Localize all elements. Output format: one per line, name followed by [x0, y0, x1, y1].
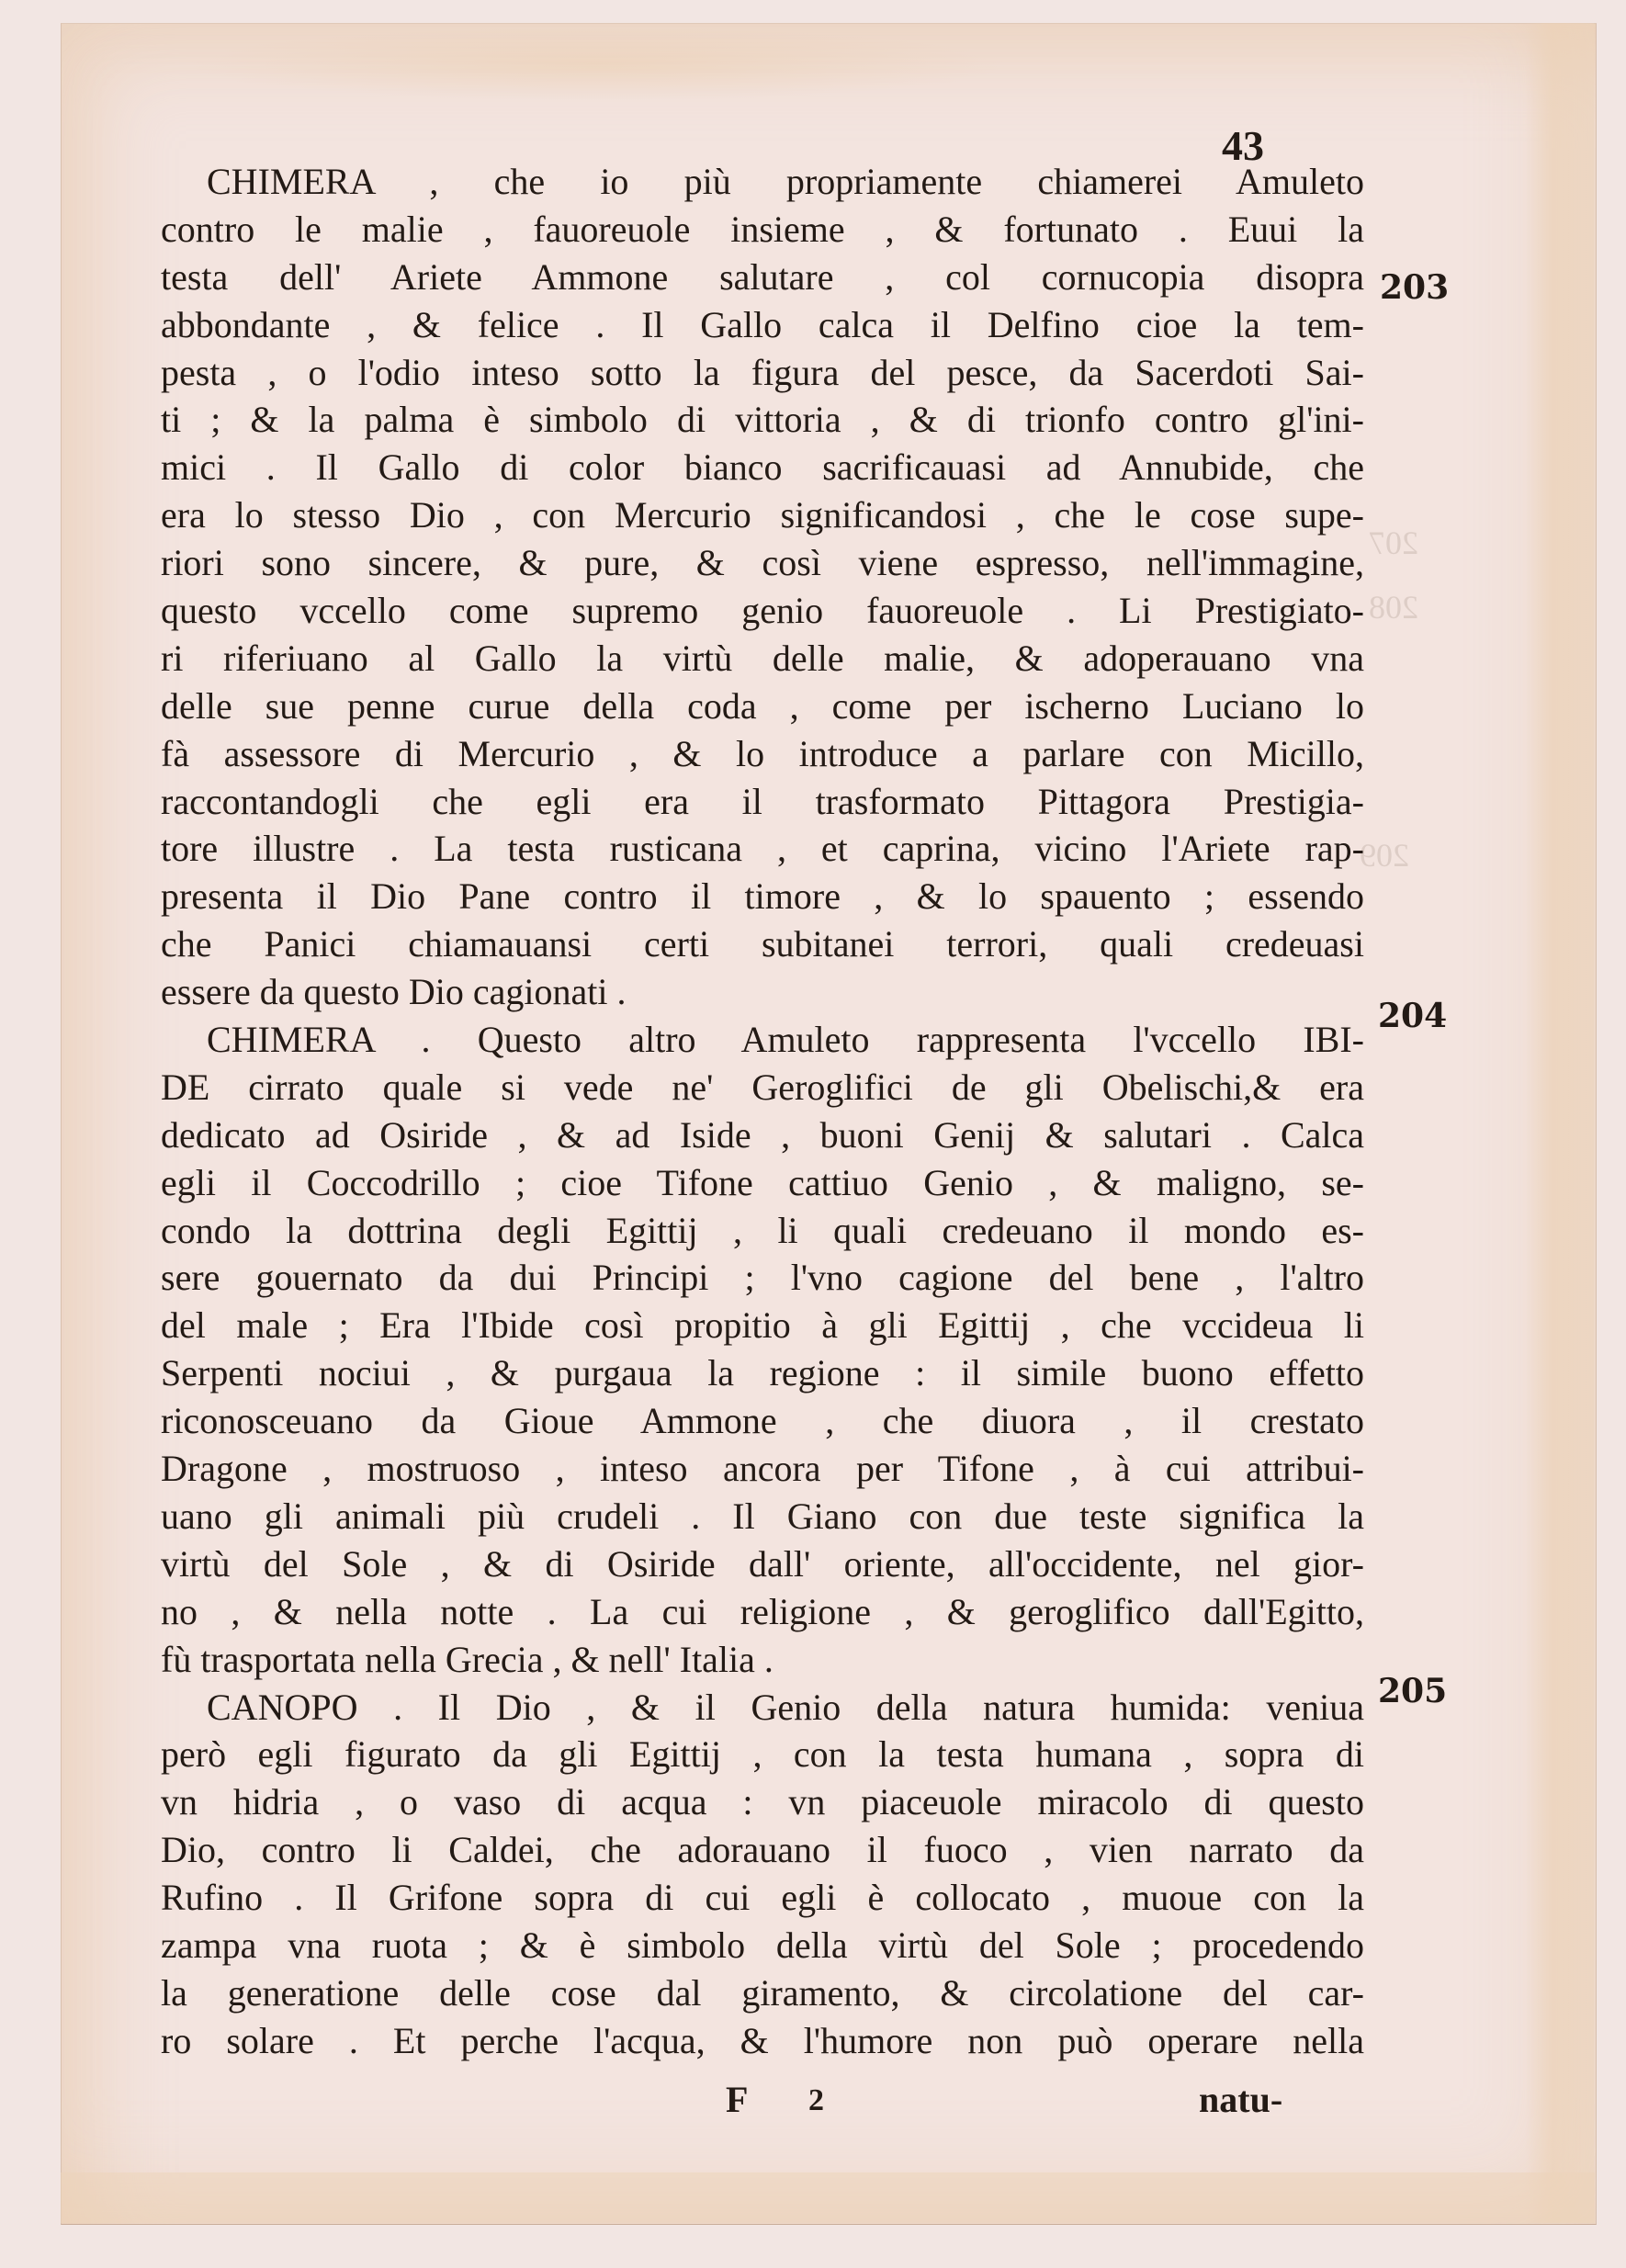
- text-line: delle sue penne curue della coda , come …: [161, 683, 1364, 730]
- text-line: fà assessore di Mercurio , & lo introduc…: [161, 730, 1364, 778]
- catchword: natu-: [1199, 2078, 1282, 2121]
- text-line: Dragone , mostruoso , inteso ancora per …: [161, 1445, 1364, 1493]
- text-line: CHIMERA , che io più propriamente chiame…: [161, 158, 1364, 206]
- text-line: che Panici chiamauansi certi subitanei t…: [161, 920, 1364, 968]
- text-line: egli il Coccodrillo ; cioe Tifone cattiu…: [161, 1159, 1364, 1207]
- text-line: dedicato ad Osiride , & ad Iside , buoni…: [161, 1111, 1364, 1159]
- text-line: virtù del Sole , & di Osiride dall' orie…: [161, 1540, 1364, 1588]
- text-line: CANOPO . Il Dio , & il Genio della natur…: [161, 1684, 1364, 1732]
- text-line: CHIMERA . Questo altro Amuleto rappresen…: [161, 1016, 1364, 1064]
- text-line: testa dell' Ariete Ammone salutare , col…: [161, 254, 1364, 301]
- text-line: ri riferiuano al Gallo la virtù delle ma…: [161, 635, 1364, 683]
- text-line: Rufino . Il Grifone sopra di cui egli è …: [161, 1874, 1364, 1922]
- text-line: abbondante , & felice . Il Gallo calca i…: [161, 301, 1364, 349]
- text-line: raccontandogli che egli era il trasforma…: [161, 778, 1364, 826]
- text-line: presenta il Dio Pane contro il timore , …: [161, 873, 1364, 920]
- text-line: fù trasportata nella Grecia , & nell' It…: [161, 1636, 1364, 1684]
- text-line: del male ; Era l'Ibide così propitio à g…: [161, 1302, 1364, 1349]
- text-line: uano gli animali più crudeli . Il Giano …: [161, 1493, 1364, 1540]
- show-through-number: 209: [1360, 836, 1409, 874]
- text-line: riori sono sincere, & pure, & così viene…: [161, 539, 1364, 587]
- text-line: ti ; & la palma è simbolo di vittoria , …: [161, 396, 1364, 444]
- text-line: ro solare . Et perche l'acqua, & l'humor…: [161, 2017, 1364, 2065]
- show-through-number: 207: [1369, 524, 1418, 562]
- text-line: no , & nella notte . La cui religione , …: [161, 1588, 1364, 1636]
- foxing-stain: [1525, 23, 1594, 2223]
- text-line: condo la dottrina degli Egittij , li qua…: [161, 1207, 1364, 1255]
- margin-reference-number: 205: [1378, 1672, 1447, 1710]
- text-line: essere da questo Dio cagionati .: [161, 968, 1364, 1016]
- signature-mark: F: [726, 2078, 748, 2121]
- text-line: vn hidria , o vaso di acqua : vn piaceuo…: [161, 1778, 1364, 1826]
- body-text: CHIMERA , che io più propriamente chiame…: [161, 158, 1364, 2065]
- text-line: DE cirrato quale si vede ne' Geroglifici…: [161, 1064, 1364, 1111]
- text-line: sere gouernato da dui Principi ; l'vno c…: [161, 1254, 1364, 1302]
- text-line: zampa vna ruota ; & è simbolo della virt…: [161, 1922, 1364, 1969]
- text-line: però egli figurato da gli Egittij , con …: [161, 1731, 1364, 1778]
- text-line: era lo stesso Dio , con Mercurio signifi…: [161, 491, 1364, 539]
- text-line: la generatione delle cose dal giramento,…: [161, 1969, 1364, 2017]
- text-line: questo vccello come supremo genio fauore…: [161, 587, 1364, 635]
- text-line: Serpenti nociui , & purgaua la regione :…: [161, 1349, 1364, 1397]
- margin-reference-number: 204: [1378, 997, 1447, 1035]
- foxing-stain: [61, 2172, 1595, 2223]
- signature-number: 2: [808, 2083, 824, 2118]
- text-line: mici . Il Gallo di color bianco sacrific…: [161, 444, 1364, 491]
- show-through-number: 208: [1369, 588, 1418, 626]
- text-line: pesta , o l'odio inteso sotto la figura …: [161, 349, 1364, 397]
- text-line: Dio, contro li Caldei, che adorauano il …: [161, 1826, 1364, 1874]
- text-line: tore illustre . La testa rusticana , et …: [161, 825, 1364, 873]
- margin-reference-number: 203: [1380, 268, 1449, 307]
- text-line: contro le malie , fauoreuole insieme , &…: [161, 206, 1364, 254]
- text-line: riconosceuano da Gioue Ammone , che diuo…: [161, 1397, 1364, 1445]
- foxing-stain: [184, 28, 1011, 101]
